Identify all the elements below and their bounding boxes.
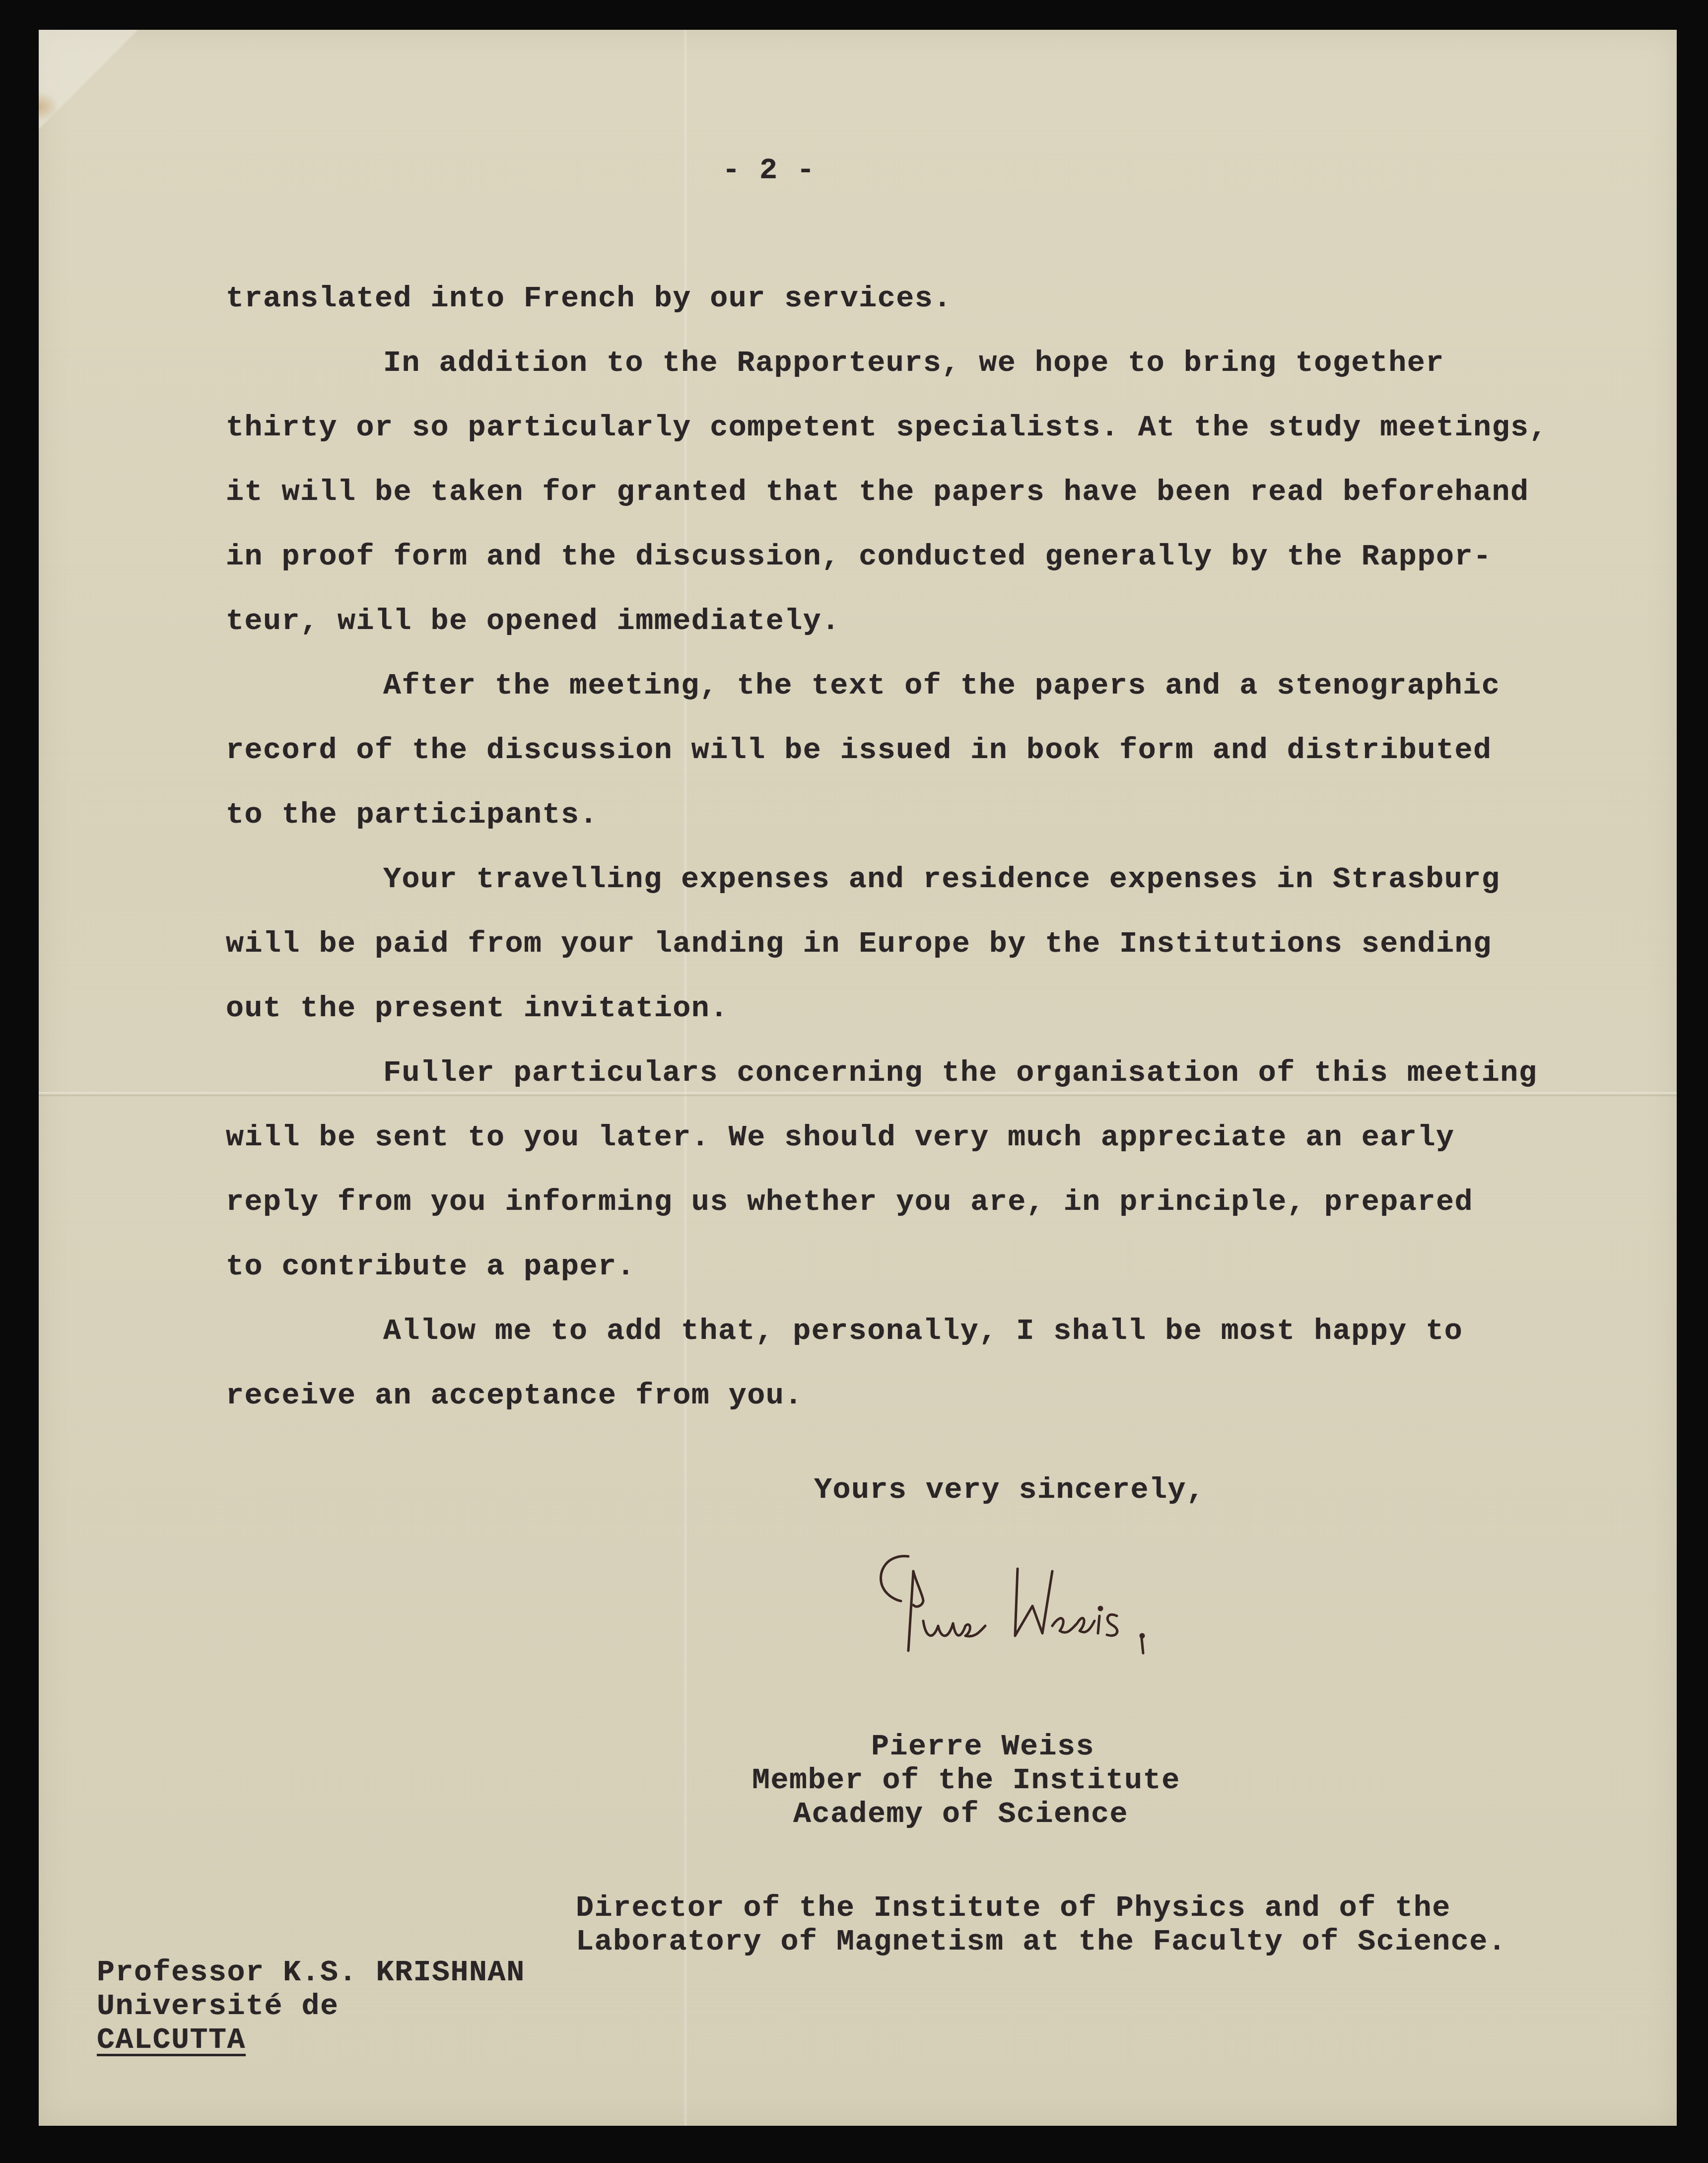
page-number: - 2 - [722,154,816,188]
recipient-name: Professor K.S. KRISHNAN [97,1956,525,1990]
body-line: will be paid from your landing in Europe… [226,927,1492,961]
body-line: Allow me to add that, personally, I shal… [383,1315,1463,1348]
body-line: it will be taken for granted that the pa… [226,476,1529,509]
body-line: translated into French by our services. [226,282,952,316]
body-line: will be sent to you later. We should ver… [226,1121,1454,1155]
body-line: Your travelling expenses and residence e… [383,863,1500,897]
body-line: thirty or so particularly competent spec… [226,411,1548,445]
body-line: Fuller particulars concerning the organi… [383,1056,1537,1090]
body-line: out the present invitation. [226,992,729,1026]
body-line: in proof form and the discussion, conduc… [226,540,1492,574]
body-line: to the participants. [226,798,598,832]
paper-stain [39,92,59,122]
signatory-title-1: Member of the Institute [752,1764,1180,1798]
body-line: After the meeting, the text of the paper… [383,669,1500,703]
recipient-institution: Université de [97,1990,339,2023]
body-line: teur, will be opened immediately. [226,605,840,638]
handwritten-signature [854,1541,1325,1656]
closing: Yours very sincerely, [814,1473,1205,1507]
recipient-city: CALCUTTA [97,2023,246,2057]
signatory-name: Pierre Weiss [871,1730,1094,1764]
body-line: record of the discussion will be issued … [226,734,1492,768]
body-line: to contribute a paper. [226,1250,635,1284]
signatory-position-2: Laboratory of Magnetism at the Faculty o… [576,1925,1506,1959]
signatory-title-2: Academy of Science [793,1798,1128,1831]
horizontal-fold [39,1092,1677,1096]
body-line: reply from you informing us whether you … [226,1186,1473,1219]
body-line: In addition to the Rapporteurs, we hope … [383,347,1444,380]
body-line: receive an acceptance from you. [226,1379,803,1413]
signatory-position-1: Director of the Institute of Physics and… [576,1891,1451,1925]
